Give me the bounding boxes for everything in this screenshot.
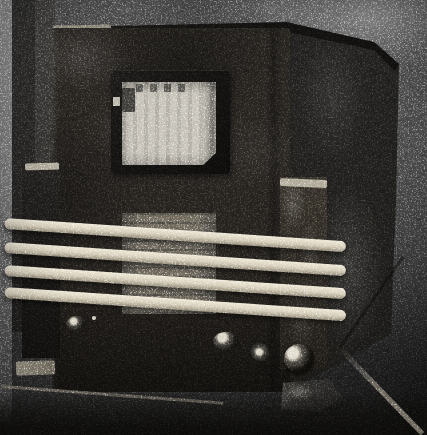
wall-left-strip <box>0 0 12 424</box>
floor-shadow <box>0 393 427 435</box>
base-reflection-patch <box>16 360 55 375</box>
photograph <box>0 0 427 435</box>
picture-tube-screen <box>122 82 216 165</box>
left-pillar-highlight <box>25 163 59 171</box>
control-knob-right <box>250 341 272 361</box>
screen-dark-mark <box>122 88 135 112</box>
control-knob-corner <box>284 344 314 373</box>
control-knob-center <box>213 332 239 350</box>
control-knob-left <box>66 316 86 331</box>
screen-top-smudge <box>136 84 192 92</box>
knob-highlight-dot <box>92 316 96 320</box>
bezel-highlight-tick <box>113 97 120 106</box>
left-pillar <box>22 163 60 358</box>
